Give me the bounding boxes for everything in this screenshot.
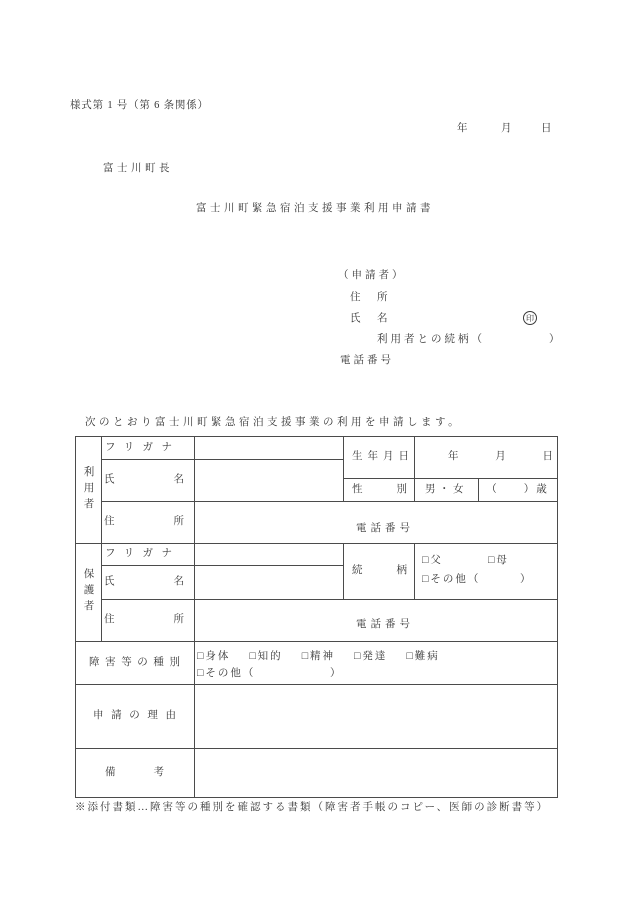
user-birthdate-ymd-labels: 年 月 日	[414, 436, 557, 478]
guardian-address-label: 住 所	[101, 599, 194, 641]
application-form-page: 様式第 1 号（第 6 条関係） 年 月 日 富士川町長 富士川町緊急宿泊支援事…	[0, 0, 630, 915]
disability-other-close-paren: ）	[330, 668, 341, 681]
user-birthdate-label: 生年月日	[343, 436, 414, 478]
reason-field	[194, 684, 557, 748]
checkbox-relation-other: □その他（	[422, 574, 480, 587]
user-name-label: 氏 名	[101, 459, 194, 501]
checkbox-incurable: □難病	[406, 648, 439, 663]
checkbox-developmental: □発達	[354, 648, 387, 663]
declaration-sentence: 次のとおり富士川町緊急宿泊支援事業の利用を申請します。	[85, 417, 462, 430]
user-furigana-label: フリガナ	[101, 436, 194, 459]
guardian-furigana-field	[194, 543, 343, 565]
guardian-furigana-label: フリガナ	[101, 543, 194, 565]
disability-options-row: □身体 □知的 □精神 □発達 □難病	[197, 648, 440, 663]
remarks-field	[194, 748, 557, 797]
form-number: 様式第 1 号（第 6 条関係）	[70, 100, 209, 113]
user-section-label: 利用者	[75, 436, 101, 543]
checkbox-father: □父	[422, 555, 443, 568]
date-year-label: 年	[457, 123, 468, 136]
user-name-field	[194, 459, 343, 501]
reason-label: 申請の理由	[75, 684, 194, 748]
date-day-label: 日	[541, 123, 552, 136]
disability-type-label: 障害等の種別	[75, 641, 194, 684]
applicant-relation-label: 利用者との続柄（	[377, 334, 485, 347]
relation-other-close-paren: ）	[520, 574, 531, 587]
user-address-phone-field	[194, 501, 557, 543]
guardian-relation-label: 続 柄	[343, 543, 414, 599]
attachment-footnote: ※添付書類…障害等の種別を確認する書類（障害者手帳のコピー、医師の診断書等）	[75, 802, 549, 815]
applicant-heading: （申請者）	[338, 270, 406, 283]
table-grid-line	[557, 436, 558, 798]
user-sex-label: 性 別	[343, 478, 414, 501]
table-grid-line	[75, 797, 558, 798]
guardian-phone-label: 電話番号	[356, 619, 414, 632]
applicant-address-label: 住 所	[350, 292, 391, 305]
date-month-label: 月	[501, 123, 512, 136]
seal-mark-text: 印	[526, 313, 534, 324]
seal-stamp-icon: 印	[523, 311, 537, 325]
checkbox-physical: □身体	[197, 648, 230, 663]
checkbox-mother: □母	[488, 555, 509, 568]
checkbox-disability-other: □その他（	[197, 668, 255, 681]
guardian-name-label: 氏 名	[101, 565, 194, 599]
applicant-name-label: 氏 名	[350, 313, 391, 326]
applicant-phone-label: 電話番号	[340, 355, 394, 368]
checkbox-intellectual: □知的	[249, 648, 282, 663]
remarks-label: 備 考	[75, 748, 194, 797]
addressee: 富士川町長	[103, 163, 173, 176]
page-title: 富士川町緊急宿泊支援事業利用申請書	[0, 203, 630, 216]
checkbox-mental: □精神	[302, 648, 335, 663]
guardian-relation-field	[414, 543, 557, 599]
applicant-relation-close-paren: ）	[549, 334, 560, 347]
user-address-label: 住 所	[101, 501, 194, 543]
user-age-label: （ ）歳	[478, 478, 557, 501]
user-furigana-field	[194, 436, 343, 459]
guardian-section-label: 保護者	[75, 543, 101, 641]
user-sex-options: 男・女	[414, 478, 478, 501]
user-phone-label: 電話番号	[356, 523, 414, 536]
guardian-name-field	[194, 565, 343, 599]
